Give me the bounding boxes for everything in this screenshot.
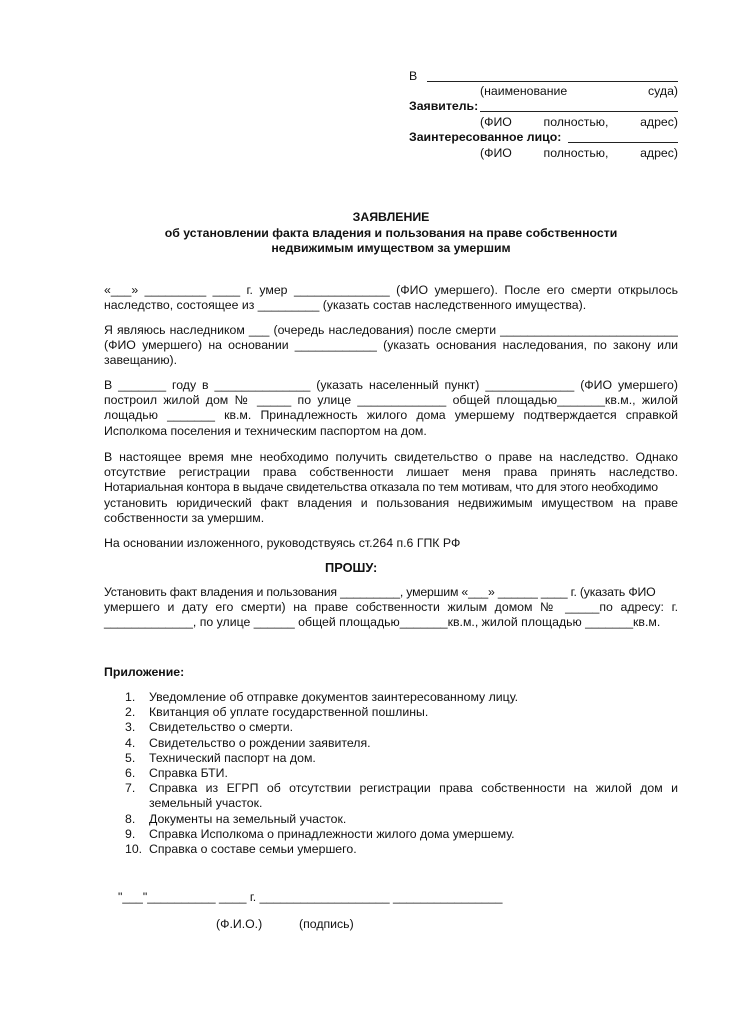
item-number: 2. xyxy=(125,705,135,720)
applicant-caption: (ФИО полностью, адрес) xyxy=(480,115,678,130)
paragraph-death-inheritance: «___» _________ ____ г. умер ___________… xyxy=(104,283,678,313)
list-item: 9.Справка Исполкома о принадлежности жил… xyxy=(125,827,678,842)
text-line: Нотариальная контора в выдаче свидетельс… xyxy=(104,480,678,495)
applicant-field[interactable] xyxy=(480,98,678,112)
caption-word: (ФИО xyxy=(480,146,512,161)
item-number: 5. xyxy=(125,751,135,766)
document-subtitle-line2: недвижимым имуществом за умершим xyxy=(104,241,678,256)
item-text: Технический паспорт на дом. xyxy=(149,751,678,766)
signature-caption: (подпись) xyxy=(299,917,354,931)
court-caption: (наименование суда) xyxy=(480,84,678,99)
list-item: 4.Свидетельство о рождении заявителя. xyxy=(125,736,678,751)
caption-word: (ФИО xyxy=(480,115,512,130)
paragraph-house-built: В _______ году в ______________ (указать… xyxy=(104,378,678,439)
list-item: 2.Квитанция об уплате государственной по… xyxy=(125,705,678,720)
item-number: 8. xyxy=(125,812,135,827)
item-number: 10. xyxy=(125,842,142,857)
interested-party-caption: (ФИО полностью, адрес) xyxy=(480,146,678,161)
list-item: 6.Справка БТИ. xyxy=(125,766,678,781)
justified-line: Я являюсь наследником ___ (очередь насле… xyxy=(104,323,678,338)
fio-caption: (Ф.И.О.) xyxy=(216,917,262,931)
justified-line: (ФИО умершего) на основании ____________… xyxy=(104,338,678,353)
item-text: Справка Исполкома о принадлежности жилог… xyxy=(149,827,678,842)
text-line: наследство, состоящее из _________ (указ… xyxy=(104,298,678,313)
attachments-list: 1.Уведомление об отправке документов заи… xyxy=(125,690,678,857)
interested-party-label: Заинтересованное лицо: xyxy=(409,130,561,145)
court-prefix: В xyxy=(409,69,417,84)
justified-line: построил жилой дом № _____ по улице ____… xyxy=(104,393,678,408)
item-text: Справка из ЕГРП об отсутствии регистраци… xyxy=(149,781,678,796)
item-text: Квитанция об уплате государственной пошл… xyxy=(149,705,678,720)
item-text: Справка БТИ. xyxy=(149,766,678,781)
paragraph-legal-basis: На основании изложенного, руководствуясь… xyxy=(104,536,678,551)
paragraph-request: Установить факт владения и пользования _… xyxy=(104,585,678,631)
list-item: 10.Справка о составе семьи умершего. xyxy=(125,842,678,857)
paragraph-heir: Я являюсь наследником ___ (очередь насле… xyxy=(104,323,678,369)
item-number: 7. xyxy=(125,781,135,796)
list-item: 8.Документы на земельный участок. xyxy=(125,812,678,827)
caption-word: полностью, xyxy=(544,115,609,130)
list-item: 7.Справка из ЕГРП об отсутствии регистра… xyxy=(125,781,678,811)
signature-date-line[interactable]: "___"__________ ____ г. ________________… xyxy=(118,890,502,904)
caption-word: полностью, xyxy=(544,146,609,161)
caption-word: адрес) xyxy=(640,146,678,161)
list-item: 5.Технический паспорт на дом. xyxy=(125,751,678,766)
item-number: 1. xyxy=(125,690,135,705)
justified-line: В настоящее время мне необходимо получит… xyxy=(104,450,678,465)
justified-line: лощадью _______ кв.м. Принадлежность жил… xyxy=(104,408,678,423)
justified-line: отсутствие регистрации права собственнос… xyxy=(104,465,678,480)
paragraph-certificate: В настоящее время мне необходимо получит… xyxy=(104,450,678,526)
interested-party-field[interactable] xyxy=(568,129,678,143)
item-number: 6. xyxy=(125,766,135,781)
item-number: 3. xyxy=(125,720,135,735)
caption-word: адрес) xyxy=(640,115,678,130)
applicant-label: Заявитель: xyxy=(409,99,478,114)
request-heading: ПРОШУ: xyxy=(325,560,377,575)
document-title: ЗАЯВЛЕНИЕ xyxy=(104,210,678,225)
caption-word: суда) xyxy=(648,84,678,99)
item-text: Документы на земельный участок. xyxy=(149,812,678,827)
justified-line: умершего и дату его смерти) на праве соб… xyxy=(104,600,678,615)
justified-line: установить юридический факт владения и п… xyxy=(104,496,678,511)
attachments-heading: Приложение: xyxy=(104,665,184,679)
text-line: Установить факт владения и пользования _… xyxy=(104,585,678,600)
item-text: земельный участок. xyxy=(149,796,678,811)
list-item: 3.Свидетельство о смерти. xyxy=(125,720,678,735)
document-subtitle-line1: об установлении факта владения и пользов… xyxy=(104,226,678,241)
item-number: 4. xyxy=(125,736,135,751)
item-text: Свидетельство о смерти. xyxy=(149,720,678,735)
justified-line: В _______ году в ______________ (указать… xyxy=(104,378,678,393)
justified-line: «___» _________ ____ г. умер ___________… xyxy=(104,283,678,298)
court-name-field[interactable] xyxy=(427,68,678,82)
item-text: Свидетельство о рождении заявителя. xyxy=(149,736,678,751)
item-number: 9. xyxy=(125,827,135,842)
text-line: собственности за умершим. xyxy=(104,511,678,526)
item-text: Справка о составе семьи умершего. xyxy=(149,842,678,857)
item-text: Уведомление об отправке документов заинт… xyxy=(149,690,678,705)
text-line: На основании изложенного, руководствуясь… xyxy=(104,536,678,551)
text-line: _____________, по улице ______ общей пло… xyxy=(104,615,678,630)
text-line: Исполкома поселения и техническим паспор… xyxy=(104,424,678,439)
text-line: завещанию). xyxy=(104,353,678,368)
caption-word: (наименование xyxy=(480,84,567,99)
list-item: 1.Уведомление об отправке документов заи… xyxy=(125,690,678,705)
